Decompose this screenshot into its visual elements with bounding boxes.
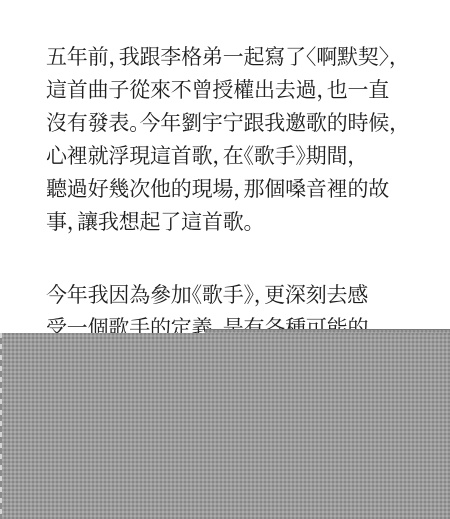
text-line: 今年我因為參加《歌手》，更深刻去感 [46, 279, 406, 312]
censored-block [0, 333, 450, 519]
text-line: 五年前，我跟李格弟一起寫了〈啊默契〉， [46, 41, 406, 74]
text-line: 聽過好幾次他的現場，那個嗓音裡的故 [46, 173, 406, 206]
article-text: 五年前，我跟李格弟一起寫了〈啊默契〉， 這首曲子從來不曾授權出去過，也一直 沒有… [46, 41, 406, 345]
text-line: 這首曲子從來不曾授權出去過，也一直 [46, 74, 406, 107]
censor-left-edge [0, 333, 2, 519]
paragraph-1: 五年前，我跟李格弟一起寫了〈啊默契〉， 這首曲子從來不曾授權出去過，也一直 沒有… [46, 41, 406, 239]
text-line: 事，讓我想起了這首歌。 [46, 206, 406, 239]
screenshot-root: 五年前，我跟李格弟一起寫了〈啊默契〉， 這首曲子從來不曾授權出去過，也一直 沒有… [0, 0, 450, 519]
text-line: 沒有發表。今年劉宇宁跟我邀歌的時候， [46, 107, 406, 140]
text-line: 心裡就浮現這首歌，在《歌手》期間， [46, 140, 406, 173]
